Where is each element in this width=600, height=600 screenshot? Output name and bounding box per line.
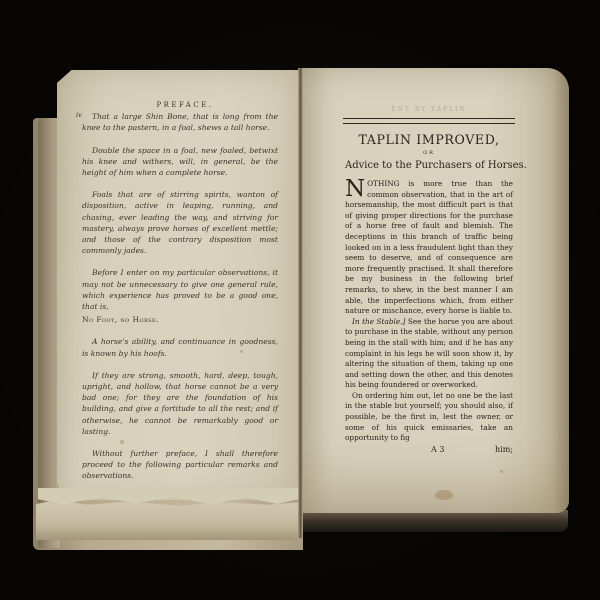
rule-smallcaps: No Foot, no Horse. xyxy=(82,315,159,324)
page-signature-mark: iv xyxy=(76,110,82,121)
running-head: ENT BY TAPLIN xyxy=(345,106,513,116)
book-gutter xyxy=(298,68,303,538)
paragraph: OTHING is more true than the common obse… xyxy=(345,179,513,315)
signature-mark: A 3 xyxy=(431,445,444,456)
drop-cap: N xyxy=(345,180,365,199)
right-page-text: ENT BY TAPLIN TAPLIN IMPROVED, OR Advice… xyxy=(345,110,513,455)
paragraph: That a large Shin Bone, that is long fro… xyxy=(82,111,278,133)
paragraph: Foals that are of stirring spirits, want… xyxy=(82,189,278,256)
paragraph: See the horse you are about to purchase … xyxy=(345,317,513,390)
paragraph: On ordering him out, let no one be the l… xyxy=(345,391,513,444)
spine-edge xyxy=(38,118,60,548)
foxing-spot xyxy=(500,470,503,473)
foxing-stain xyxy=(435,490,453,500)
book-title: TAPLIN IMPROVED, xyxy=(345,132,513,147)
paragraph: Double the space in a foal, new foaled, … xyxy=(82,145,278,179)
section-label: In the Stable.] xyxy=(352,317,405,326)
left-page-text: iv PREFACE. That a large Shin Bone, that… xyxy=(82,100,278,493)
left-page-stack-torn-edge xyxy=(36,500,298,540)
paragraph: Before I enter on my particular observat… xyxy=(82,267,278,312)
preface-heading: PREFACE. xyxy=(92,100,278,111)
book-subtitle: Advice to the Purchasers of Horses. xyxy=(345,160,513,171)
body-text: NOTHING is more true than the common obs… xyxy=(345,179,513,455)
title-or: OR xyxy=(345,150,513,156)
double-rule xyxy=(343,118,515,124)
catchword: him; xyxy=(495,445,513,456)
paragraph: If they are strong, smooth, hard, deep, … xyxy=(82,370,278,437)
right-page-stack xyxy=(300,510,568,532)
paragraph: A horse's ability, and continuance in go… xyxy=(82,336,278,358)
paragraph: Without further preface, I shall therefo… xyxy=(82,448,278,482)
